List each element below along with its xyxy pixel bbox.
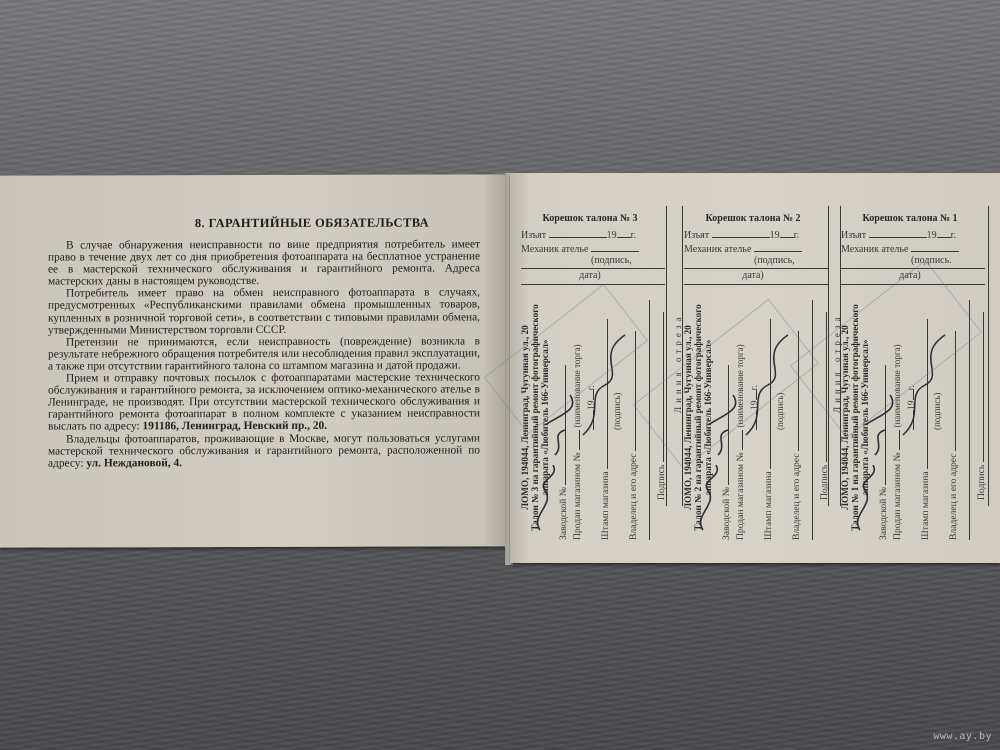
warranty-coupon-2: Корешок талона № 2 Изъят 19г. Механик ат… [678, 205, 833, 545]
section-title: 8. ГАРАНТИЙНЫЕ ОБЯЗАТЕЛЬСТВА [152, 215, 472, 231]
sold-date-row: 19г. [904, 295, 918, 540]
paragraph-2: Потребитель имеет право на обмен неиспра… [48, 287, 480, 337]
sign-field [817, 312, 827, 462]
owner-row: Владелец и его адрес [626, 295, 640, 540]
signature-hint: (подпись, [754, 255, 795, 266]
stamp-field [761, 319, 771, 469]
signature-hint: (подпись. [911, 255, 952, 266]
serial-field [876, 365, 886, 485]
year-suffix: г. [794, 230, 799, 241]
owner-row-2 [640, 295, 654, 540]
serial-row: Заводской № [876, 295, 890, 540]
coupon-line: Талон № 1 на гарантийный ремонт фотограф… [850, 295, 870, 540]
trade-hint: (наименование торга) [572, 344, 582, 427]
signature-hint-2: (подпись) [932, 393, 942, 430]
owner-row: Владелец и его адрес [789, 295, 803, 540]
paragraph-4: Прием и отправку почтовых посылок с фото… [48, 371, 480, 433]
signature-hint-2: (подпись) [612, 393, 622, 430]
date-hint: дата) [678, 270, 828, 281]
trade-hint: (наименование торга) [892, 344, 902, 427]
mechanic-label: Механик ателье [841, 244, 908, 255]
coupon-body: ЛОМО, 194044, Ленинград, Чугунная ул., 2… [520, 295, 665, 540]
stamp-label: Штамп магазина [763, 471, 774, 540]
withdrawn-row: Изъят 19г. [684, 228, 799, 241]
mechanic-field [591, 242, 639, 252]
stub-title: Корешок талона № 2 [678, 213, 828, 224]
maker-line: ЛОМО, 194044, Ленинград, Чугунная ул., 2… [520, 295, 530, 540]
signature-hint-row: (подпись) [775, 295, 789, 540]
year-suffix: г. [749, 385, 760, 390]
year-prefix: 19 [927, 230, 937, 241]
sold-row: Продан магазином № (наименование торга) [570, 295, 584, 540]
stamp-row: Штамп магазина [761, 295, 775, 540]
stamp-field [598, 319, 608, 469]
withdrawn-row: Изъят 19г. [521, 228, 636, 241]
year-prefix: 19 [906, 400, 917, 410]
withdrawn-row: Изъят 19г. [841, 228, 956, 241]
rule [841, 268, 985, 269]
coupon-body: ЛОМО, 194044, Ленинград, Чугунная ул., 2… [683, 295, 828, 540]
warranty-text: В случае обнаружения неисправности по ви… [48, 238, 480, 469]
sold-field [570, 430, 580, 450]
sold-label: Продан магазином № [735, 452, 746, 540]
owner-field-2 [803, 300, 813, 540]
withdrawn-field [712, 228, 770, 238]
serial-field [556, 365, 566, 485]
year-prefix: 19 [607, 230, 617, 241]
sold-date-field [904, 410, 914, 430]
owner-field [626, 331, 636, 451]
left-page: 8. ГАРАНТИЙНЫЕ ОБЯЗАТЕЛЬСТВА В случае об… [0, 174, 508, 547]
coupon-line: Талон № 2 на гарантийный ремонт фотограф… [693, 295, 713, 540]
year-suffix: г. [586, 385, 597, 390]
maker-line: ЛОМО, 194044, Ленинград, Чугунная ул., 2… [683, 295, 693, 540]
stamp-row: Штамп магазина [598, 295, 612, 540]
withdrawn-label: Изъят [521, 230, 546, 241]
stamp-label: Штамп магазина [920, 471, 931, 540]
sold-label: Продан магазином № [892, 452, 903, 540]
year-field [937, 228, 951, 238]
cut-line-label: Линия отреза [832, 313, 842, 413]
year-prefix: 19 [770, 230, 780, 241]
sold-row: Продан магазином № (наименование торга) [890, 295, 904, 540]
sign-field [974, 312, 984, 462]
owner-row-2 [803, 295, 817, 540]
year-suffix: г. [906, 385, 917, 390]
signature-hint-2: (подпись) [775, 393, 785, 430]
sold-field [890, 430, 900, 450]
mechanic-field [911, 242, 959, 252]
serial-label: Заводской № [721, 487, 732, 540]
stamp-label: Штамп магазина [600, 471, 611, 540]
mechanic-field [754, 242, 802, 252]
mechanic-label: Механик ателье [521, 244, 588, 255]
owner-field [789, 331, 799, 451]
date-hint: дата) [515, 270, 665, 281]
year-field [904, 390, 914, 400]
owner-label: Владелец и его адрес [791, 453, 802, 540]
mechanic-label: Механик ателье [684, 244, 751, 255]
date-hint: дата) [835, 270, 985, 281]
sold-row: Продан магазином № (наименование торга) [733, 295, 747, 540]
year-suffix: г. [951, 230, 956, 241]
year-field [584, 390, 594, 400]
serial-field [719, 365, 729, 485]
stamp-field [918, 319, 928, 469]
sold-date-row: 19г. [747, 295, 761, 540]
year-suffix: г. [631, 230, 636, 241]
year-prefix: 19 [749, 400, 760, 410]
rule [684, 268, 828, 269]
serial-row: Заводской № [719, 295, 733, 540]
warranty-coupon-3: Корешок талона № 3 Изъят 19г. Механик ат… [515, 205, 670, 545]
year-field [617, 228, 631, 238]
rule [684, 284, 828, 285]
moscow-address: ул. Неждановой, 4. [86, 457, 182, 469]
warranty-coupon-1: Корешок талона № 1 Изъят 19г. Механик ат… [835, 205, 990, 545]
signature-hint-row: (подпись) [932, 295, 946, 540]
year-field [747, 390, 757, 400]
coupon-line: Талон № 3 на гарантийный ремонт фотограф… [530, 295, 550, 540]
trade-hint: (наименование торга) [735, 344, 745, 427]
stamp-row: Штамп магазина [918, 295, 932, 540]
sold-date-field [747, 410, 757, 430]
coupon-divider [828, 206, 829, 506]
rule [841, 284, 985, 285]
signature-hint: (подпись, [591, 255, 632, 266]
serial-label: Заводской № [878, 487, 889, 540]
stub-title: Корешок талона № 3 [515, 213, 665, 224]
sign-label: Подпись [976, 465, 987, 500]
mechanic-row: Механик ателье [521, 242, 639, 255]
cut-line-label: Линия отреза [673, 313, 683, 413]
signature-hint-row: (подпись) [612, 295, 626, 540]
coupon-divider [988, 206, 989, 506]
paragraph-3: Претензии не принимаются, если неисправн… [48, 335, 480, 372]
withdrawn-field [869, 228, 927, 238]
serial-label: Заводской № [558, 487, 569, 540]
sold-field [733, 430, 743, 450]
serial-row: Заводской № [556, 295, 570, 540]
owner-label: Владелец и его адрес [628, 453, 639, 540]
rule [521, 268, 665, 269]
year-prefix: 19 [586, 400, 597, 410]
sold-date-row: 19г. [584, 295, 598, 540]
withdrawn-field [549, 228, 607, 238]
sign-field [654, 312, 664, 462]
leningrad-address: 191186, Ленинград, Невский пр., 20. [143, 420, 328, 432]
warranty-booklet: 8. ГАРАНТИЙНЫЕ ОБЯЗАТЕЛЬСТВА В случае об… [0, 173, 1000, 569]
rule [521, 284, 665, 285]
withdrawn-label: Изъят [841, 230, 866, 241]
sold-date-field [584, 410, 594, 430]
mechanic-row: Механик ателье [684, 242, 802, 255]
owner-label: Владелец и его адрес [948, 453, 959, 540]
owner-field [946, 331, 956, 451]
owner-field-2 [960, 300, 970, 540]
owner-field-2 [640, 300, 650, 540]
paragraph-1: В случае обнаружения неисправности по ви… [48, 238, 480, 288]
coupon-divider [666, 206, 667, 506]
owner-row-2 [960, 295, 974, 540]
sold-label: Продан магазином № [572, 452, 583, 540]
stub-title: Корешок талона № 1 [835, 213, 985, 224]
year-field [780, 228, 794, 238]
sign-row: Подпись [974, 295, 988, 540]
watermark: www.ay.by [933, 731, 992, 742]
owner-row: Владелец и его адрес [946, 295, 960, 540]
mechanic-row: Механик ателье [841, 242, 959, 255]
coupon-body: ЛОМО, 194044, Ленинград, Чугунная ул., 2… [840, 295, 985, 540]
paragraph-5: Владельцы фотоаппаратов, проживающие в М… [48, 432, 480, 469]
right-page: Корешок талона № 3 Изъят 19г. Механик ат… [510, 173, 1000, 563]
withdrawn-label: Изъят [684, 230, 709, 241]
